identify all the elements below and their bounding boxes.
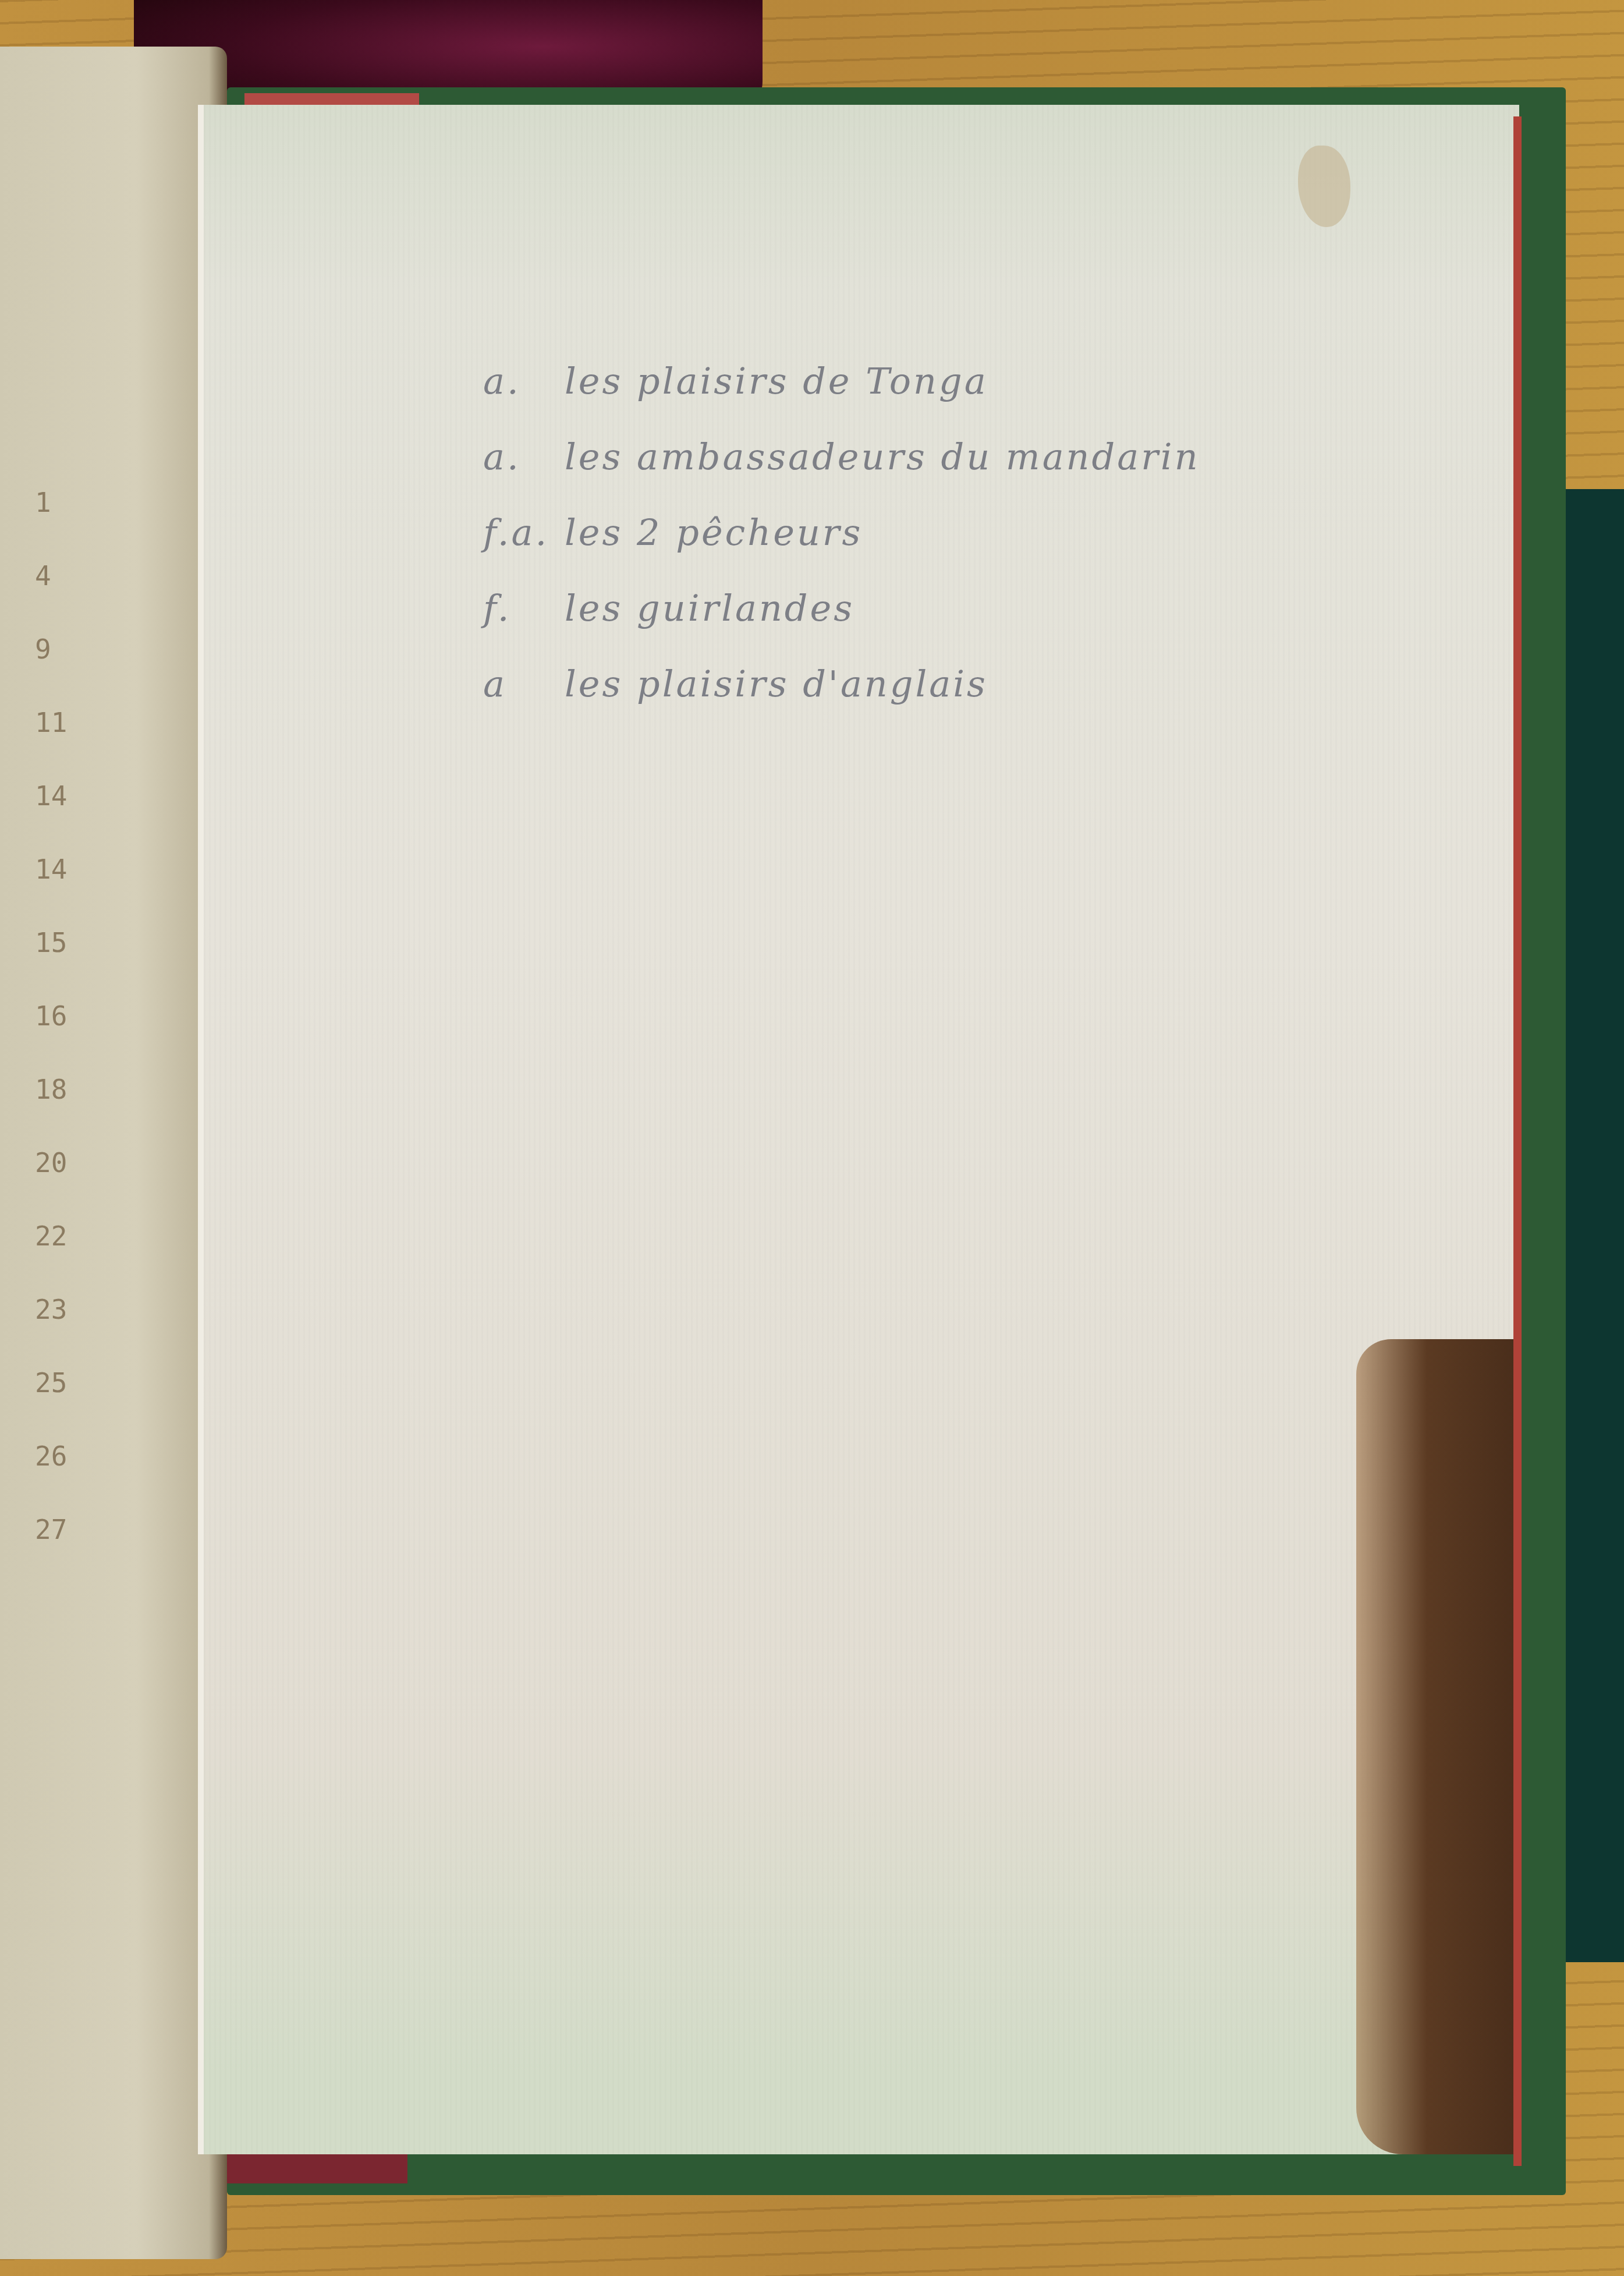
left-page-flyleaf: 1 4 9 11 14 14 15 16 18 20 22 23 25 26 2…: [0, 47, 227, 2259]
water-stain: [1356, 1339, 1513, 2154]
inscription-line: a.les ambassadeurs du mandarin: [483, 419, 1200, 495]
inscription-line: a.les plaisirs de Tonga: [483, 344, 1200, 419]
inscription-line: f.les guirlandes: [483, 571, 1200, 646]
marginal-numbers: 1 4 9 11 14 14 15 16 18 20 22 23 25 26 2…: [35, 466, 128, 1566]
inscription-line: ales plaisirs d'anglais: [483, 646, 1200, 722]
red-board-edge: [1513, 116, 1522, 2166]
pencil-inscription: a.les plaisirs de Tonga a.les ambassadeu…: [483, 344, 1200, 722]
inscription-line: f.a.les 2 pêcheurs: [483, 495, 1200, 571]
